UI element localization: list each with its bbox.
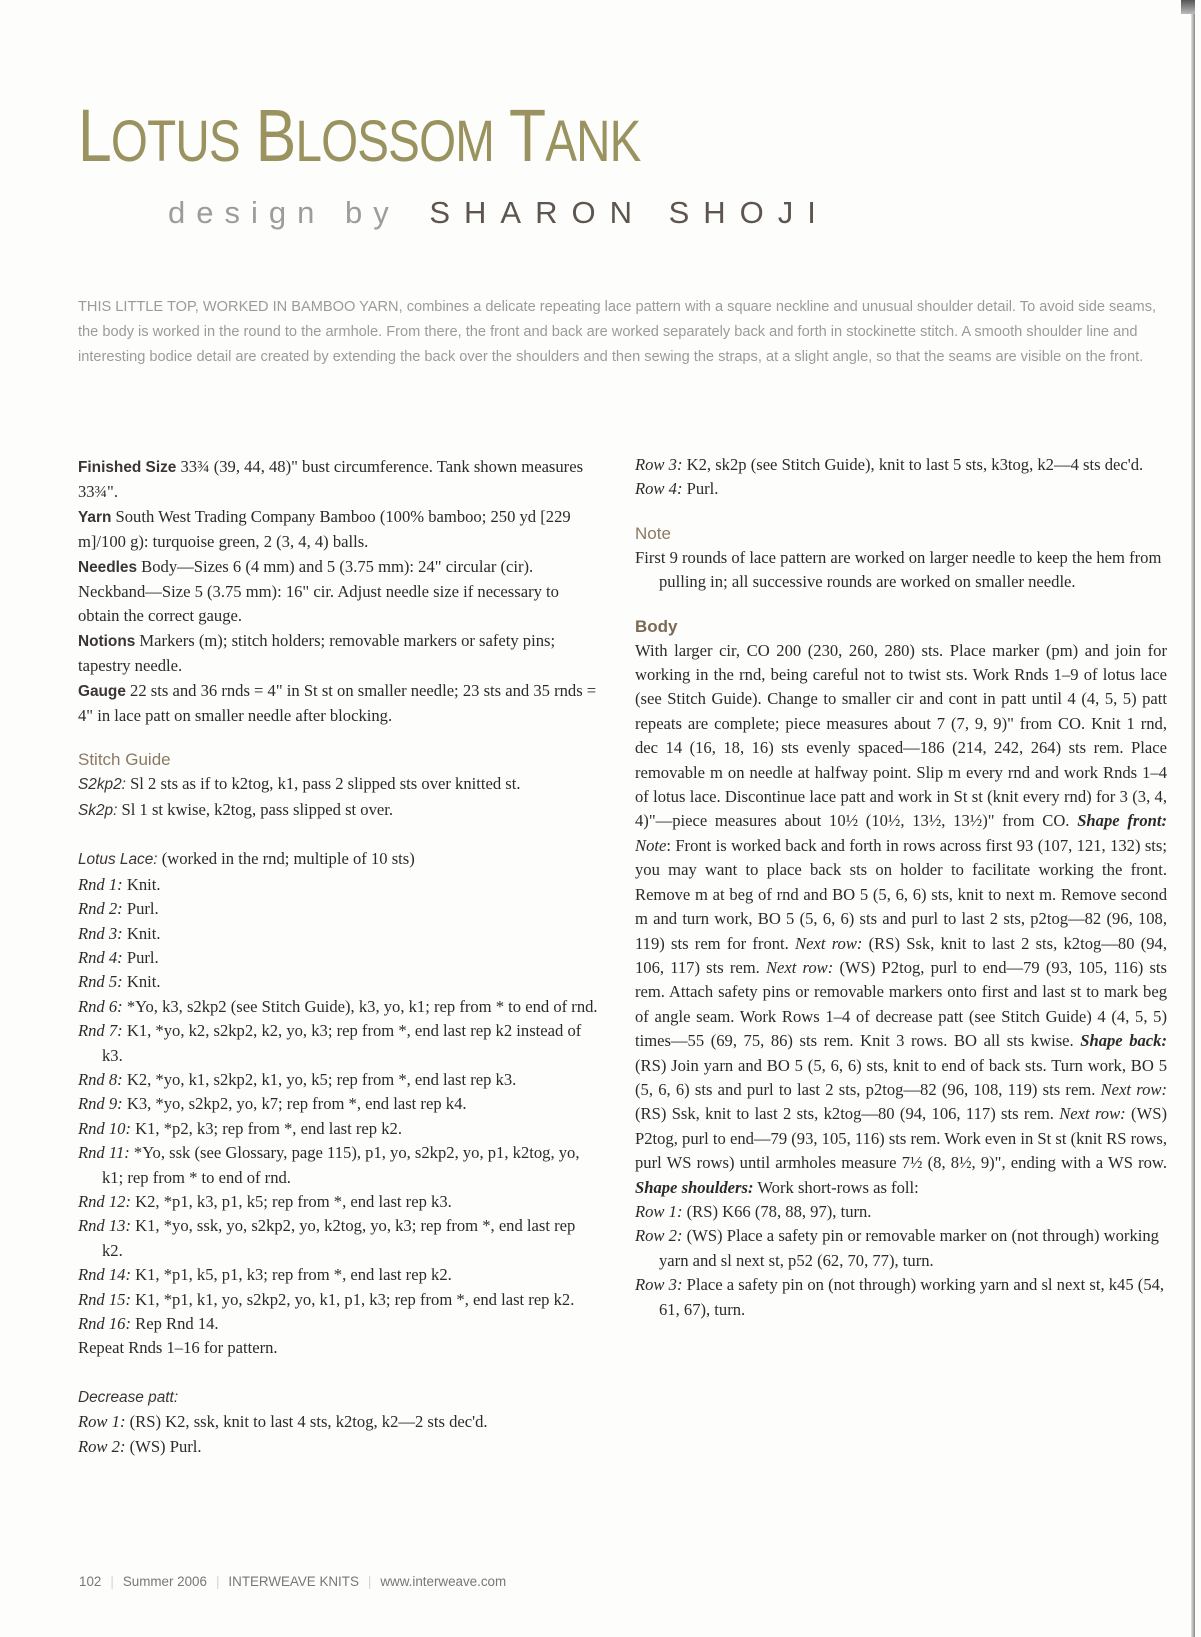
footer-divider: | [368,1574,371,1589]
title-word: OTUS [111,109,240,174]
lace-round: Rnd 15: K1, *p1, k1, yo, s2kp2, yo, k1, … [78,1288,598,1312]
spec-label: Yarn [78,509,111,526]
body-instructions: With larger cir, CO 200 (230, 260, 280) … [635,639,1167,1200]
lace-round: Rnd 9: K3, *yo, s2kp2, yo, k7; rep from … [78,1092,598,1116]
page-corner-shadow [1181,0,1195,14]
row-label: Row 1: [635,1202,682,1221]
round-label: Rnd 1: [78,875,123,894]
body-heading: Body [635,615,1167,639]
title-word: ANK [545,109,640,174]
note-heading: Note [635,522,1167,546]
lace-round: Rnd 16: Rep Rnd 14. [78,1312,598,1336]
round-label: Rnd 14: [78,1265,131,1284]
round-label: Rnd 12: [78,1192,131,1211]
round-label: Rnd 7: [78,1021,123,1040]
round-label: Rnd 10: [78,1119,131,1138]
byline-prefix: design by [168,195,400,230]
spec-yarn: Yarn South West Trading Company Bamboo (… [78,505,598,555]
round-label: Rnd 16: [78,1314,131,1333]
term-label: Sk2p: [78,802,117,819]
row-text: Purl. [682,479,718,498]
round-label: Rnd 3: [78,924,123,943]
lace-repeat: Repeat Rnds 1–16 for pattern. [78,1336,598,1360]
left-column: Finished Size 33¾ (39, 44, 48)" bust cir… [78,455,598,1459]
shape-shoulders-label: Shape shoulders: [635,1178,754,1197]
page-number: 102 [79,1574,101,1589]
body-text: Work short-rows as foll: [754,1178,919,1197]
next-row-label: Next row: [1059,1104,1125,1123]
term-text: Sl 2 sts as if to k2tog, k1, pass 2 slip… [126,774,521,793]
spec-label: Notions [78,633,135,650]
round-text: *Yo, k3, s2kp2 (see Stitch Guide), k3, y… [123,997,598,1016]
lotus-lace-intro: Lotus Lace: (worked in the rnd; multiple… [78,847,598,872]
term-label: S2kp2: [78,776,126,793]
round-text: Knit. [123,924,161,943]
spec-notions: Notions Markers (m); stitch holders; rem… [78,629,598,679]
decrease-row: Row 2: (WS) Purl. [78,1435,598,1459]
round-text: K3, *yo, s2kp2, yo, k7; rep from *, end … [123,1094,467,1113]
round-text: K1, *yo, ssk, yo, s2kp2, yo, k2tog, yo, … [102,1216,575,1259]
short-row: Row 2: (WS) Place a safety pin or remova… [635,1224,1167,1273]
lace-round: Rnd 13: K1, *yo, ssk, yo, s2kp2, yo, k2t… [78,1214,598,1263]
page-edge [1191,0,1195,1637]
round-text: Knit. [123,875,161,894]
round-label: Rnd 15: [78,1290,131,1309]
round-text: Purl. [123,899,159,918]
term-label: Lotus Lace: [78,851,158,868]
spec-text: South West Trading Company Bamboo (100% … [78,507,571,551]
round-label: Rnd 8: [78,1070,123,1089]
website-link[interactable]: www.interweave.com [380,1574,506,1589]
title-initial: B [256,94,296,177]
round-text: K2, *p1, k3, p1, k5; rep from *, end las… [131,1192,452,1211]
round-label: Rnd 5: [78,972,123,991]
term-text: Sl 1 st kwise, k2tog, pass slipped st ov… [117,800,393,819]
magazine-name: INTERWEAVE KNITS [228,1574,358,1589]
intro-lead: This little top, worked in bamboo yarn, [78,299,403,315]
round-text: K1, *p1, k1, yo, s2kp2, yo, k1, p1, k3; … [131,1290,574,1309]
decrease-row: Row 3: K2, sk2p (see Stitch Guide), knit… [635,453,1167,477]
lace-round: Rnd 11: *Yo, ssk (see Glossary, page 115… [78,1141,598,1190]
term-label: Decrease patt: [78,1389,178,1406]
spec-text: Body—Sizes 6 (4 mm) and 5 (3.75 mm): 24"… [78,557,559,626]
round-label: Rnd 13: [78,1216,131,1235]
round-text: *Yo, ssk (see Glossary, page 115), p1, y… [102,1143,580,1186]
row-label: Row 3: [635,1275,682,1294]
row-text: Place a safety pin on (not through) work… [659,1275,1164,1318]
round-text: K1, *p2, k3; rep from *, end last rep k2… [131,1119,402,1138]
spec-gauge: Gauge 22 sts and 36 rnds = 4" in St st o… [78,679,598,729]
byline: design by SHARON SHOJI [168,195,830,231]
lace-round: Rnd 4: Purl. [78,946,598,970]
row-label: Row 2: [635,1226,682,1245]
row-text: (WS) Purl. [125,1437,201,1456]
right-column: Row 3: K2, sk2p (see Stitch Guide), knit… [635,453,1167,1322]
title-initial: L [78,94,111,177]
issue-date: Summer 2006 [123,1574,207,1589]
lace-round: Rnd 5: Knit. [78,970,598,994]
row-text: (RS) K2, ssk, knit to last 4 sts, k2tog,… [125,1412,487,1431]
round-label: Rnd 6: [78,997,123,1016]
row-label: Row 2: [78,1437,125,1456]
round-text: Purl. [123,948,159,967]
round-label: Rnd 4: [78,948,123,967]
round-label: Rnd 11: [78,1143,130,1162]
note-label: Note [635,836,666,855]
intro-paragraph: This little top, worked in bamboo yarn, … [78,295,1168,370]
lace-round: Rnd 2: Purl. [78,897,598,921]
row-text: K2, sk2p (see Stitch Guide), knit to las… [682,455,1143,474]
lace-round: Rnd 7: K1, *yo, k2, s2kp2, k2, yo, k3; r… [78,1019,598,1068]
spec-text: Markers (m); stitch holders; removable m… [78,631,555,675]
row-label: Row 1: [78,1412,125,1431]
round-label: Rnd 2: [78,899,123,918]
lace-round: Rnd 6: *Yo, k3, s2kp2 (see Stitch Guide)… [78,995,598,1019]
shape-back-label: Shape back: [1080,1031,1167,1050]
spec-label: Finished Size [78,459,176,476]
next-row-label: Next row: [1101,1080,1167,1099]
spec-text: 22 sts and 36 rnds = 4" in St st on smal… [78,681,596,725]
row-label: Row 4: [635,479,682,498]
note-text: First 9 rounds of lace pattern are worke… [635,546,1167,595]
round-text: Rep Rnd 14. [131,1314,219,1333]
page-footer: 102|Summer 2006|INTERWEAVE KNITS|www.int… [79,1574,506,1589]
round-text: K1, *yo, k2, s2kp2, k2, yo, k3; rep from… [102,1021,581,1064]
row-text: (WS) Place a safety pin or removable mar… [659,1226,1159,1269]
round-text: Knit. [123,972,161,991]
designer-name: SHARON SHOJI [429,195,830,230]
footer-divider: | [216,1574,219,1589]
row-text: (RS) K66 (78, 88, 97), turn. [682,1202,871,1221]
shape-front-label: Shape front: [1077,811,1167,830]
title-initial: T [509,94,545,177]
round-text: K1, *p1, k5, p1, k3; rep from *, end las… [131,1265,452,1284]
lace-round: Rnd 3: Knit. [78,922,598,946]
decrease-row: Row 4: Purl. [635,477,1167,501]
term-text: (worked in the rnd; multiple of 10 sts) [158,849,415,868]
term-s2kp2: S2kp2: Sl 2 sts as if to k2tog, k1, pass… [78,772,598,797]
row-label: Row 3: [635,455,682,474]
next-row-label: Next row: [795,934,862,953]
round-label: Rnd 9: [78,1094,123,1113]
short-row: Row 3: Place a safety pin on (not throug… [635,1273,1167,1322]
page-title: LOTUS BLOSSOM TANK [78,93,641,185]
stitch-guide-heading: Stitch Guide [78,748,598,772]
body-text: (RS) Join yarn and BO 5 (5, 6, 6) sts, k… [635,1056,1167,1099]
lace-round: Rnd 8: K2, *yo, k1, s2kp2, k1, yo, k5; r… [78,1068,598,1092]
term-sk2p: Sk2p: Sl 1 st kwise, k2tog, pass slipped… [78,798,598,823]
spec-finished-size: Finished Size 33¾ (39, 44, 48)" bust cir… [78,455,598,505]
lace-round: Rnd 1: Knit. [78,873,598,897]
decrease-row: Row 1: (RS) K2, ssk, knit to last 4 sts,… [78,1410,598,1434]
body-text: With larger cir, CO 200 (230, 260, 280) … [635,641,1167,831]
spec-needles: Needles Body—Sizes 6 (4 mm) and 5 (3.75 … [78,555,598,629]
body-text: (RS) Ssk, knit to last 2 sts, k2tog—80 (… [635,1104,1059,1123]
lace-round: Rnd 14: K1, *p1, k5, p1, k3; rep from *,… [78,1263,598,1287]
spec-label: Needles [78,559,137,576]
lace-round: Rnd 12: K2, *p1, k3, p1, k5; rep from *,… [78,1190,598,1214]
title-word: LOSSOM [295,109,494,174]
short-row: Row 1: (RS) K66 (78, 88, 97), turn. [635,1200,1167,1224]
decrease-patt-heading: Decrease patt: [78,1385,598,1410]
lace-round: Rnd 10: K1, *p2, k3; rep from *, end las… [78,1117,598,1141]
round-text: K2, *yo, k1, s2kp2, k1, yo, k5; rep from… [123,1070,517,1089]
footer-divider: | [110,1574,113,1589]
next-row-label: Next row: [766,958,833,977]
spec-label: Gauge [78,683,126,700]
